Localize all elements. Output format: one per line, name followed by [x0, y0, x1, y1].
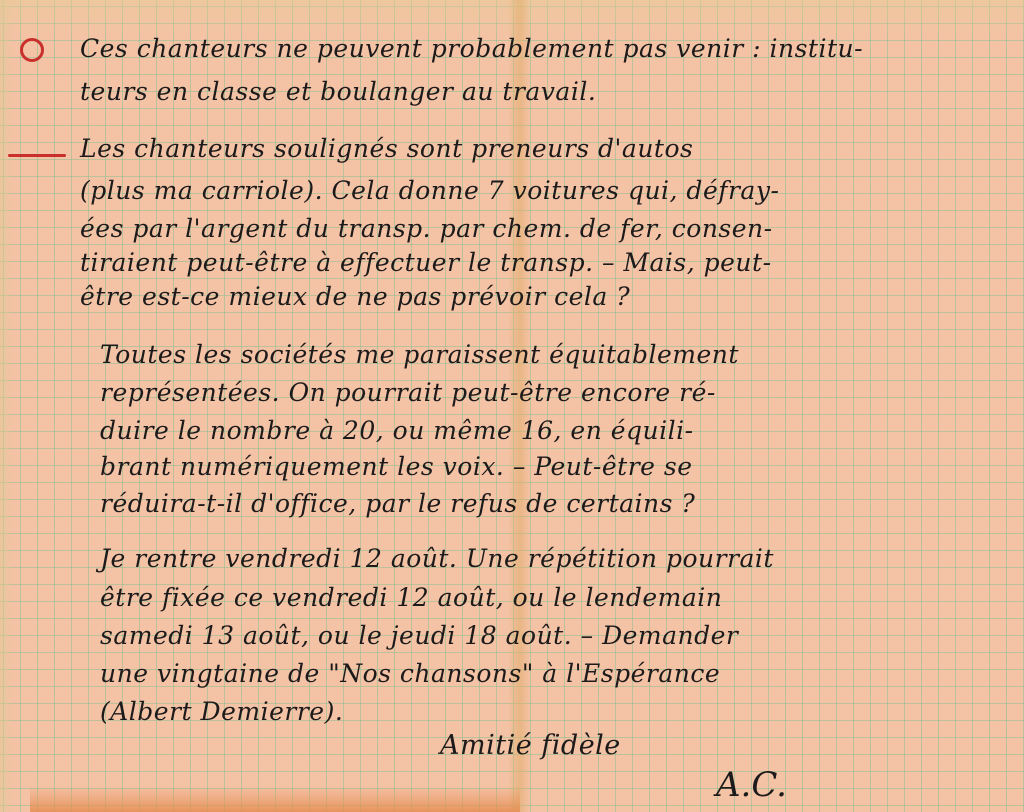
red-underline-marker-icon — [8, 154, 66, 157]
letter-line: tiraient peut-être à effectuer le transp… — [80, 248, 772, 277]
letter-line: Toutes les sociétés me paraissent équita… — [100, 340, 739, 369]
letter-line: brant numériquement les voix. – Peut-êtr… — [100, 452, 693, 481]
letter-line: réduira-t-il d'office, par le refus de c… — [100, 489, 695, 518]
letter-line: duire le nombre à 20, ou même 16, en équ… — [100, 416, 694, 445]
letter-line: (Albert Demierre). — [100, 697, 343, 726]
signature: A.C. — [716, 765, 787, 805]
letter-line: (plus ma carriole). Cela donne 7 voiture… — [80, 176, 779, 205]
letter-line: samedi 13 août, ou le jeudi 18 août. – D… — [100, 621, 738, 650]
paper-stain-left — [0, 0, 14, 812]
letter-line: teurs en classe et boulanger au travail. — [80, 77, 596, 106]
letter-line: être est-ce mieux de ne pas prévoir cela… — [80, 282, 630, 311]
letter-line: être fixée ce vendredi 12 août, ou le le… — [100, 583, 722, 612]
letter-line: représentées. On pourrait peut-être enco… — [100, 378, 716, 407]
red-circle-marker-icon — [20, 38, 44, 62]
letter-line: Les chanteurs soulignés sont preneurs d'… — [80, 134, 693, 163]
letter-line: Ces chanteurs ne peuvent probablement pa… — [80, 34, 863, 63]
handwritten-letter-page: Ces chanteurs ne peuvent probablement pa… — [0, 0, 1024, 812]
paper-stain-bottom — [30, 786, 520, 812]
letter-line: une vingtaine de "Nos chansons" à l'Espé… — [100, 659, 720, 688]
closing-text: Amitié fidèle — [440, 730, 621, 761]
letter-line: ées par l'argent du transp. par chem. de… — [80, 214, 773, 243]
letter-line: Je rentre vendredi 12 août. Une répétiti… — [100, 544, 774, 573]
